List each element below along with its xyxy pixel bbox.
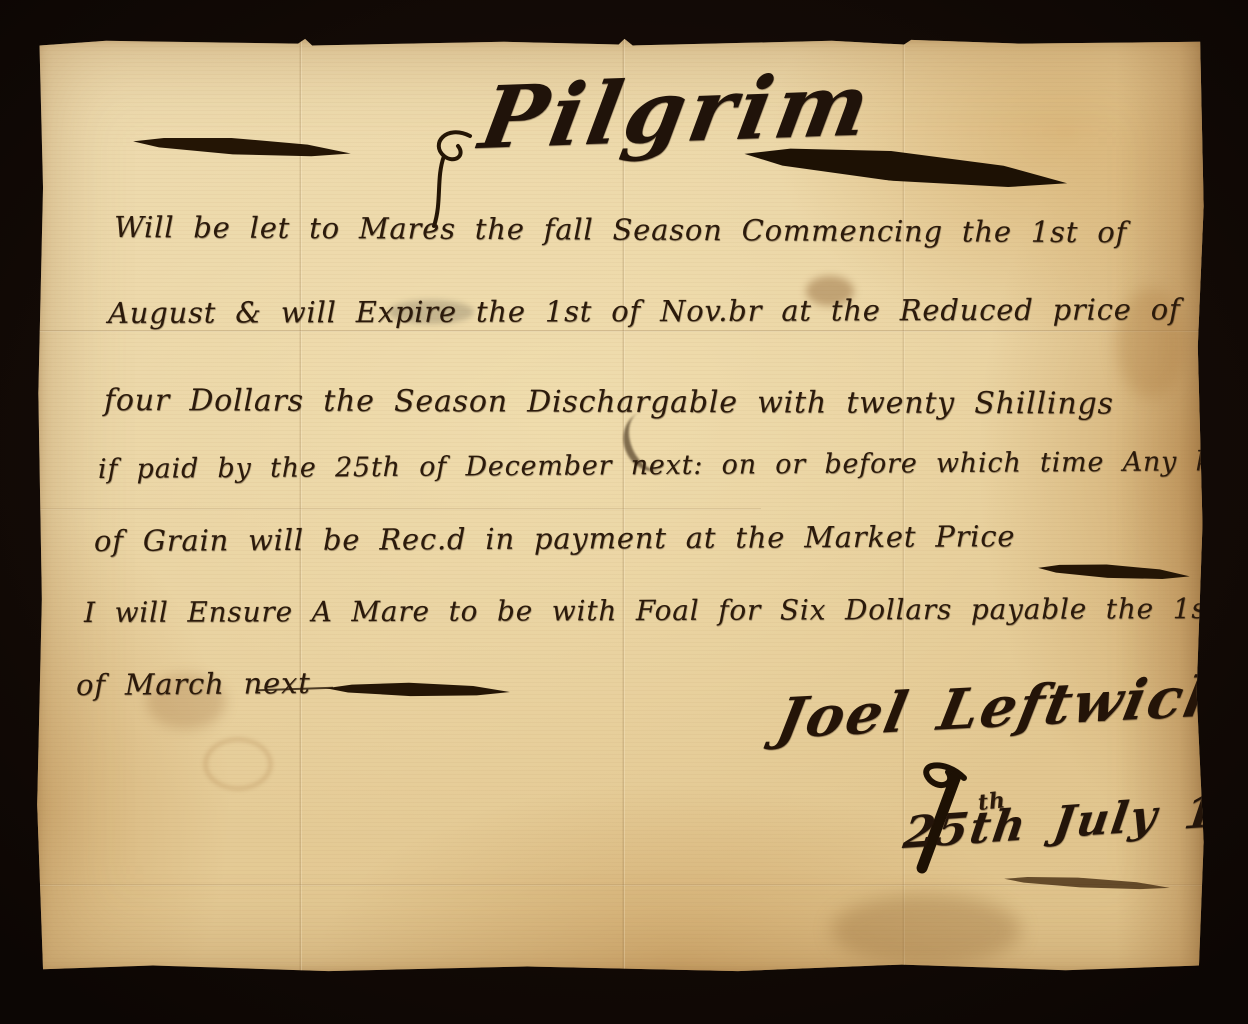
fold-crease-horizontal-upper xyxy=(36,330,1206,332)
title-left-ink-dash xyxy=(133,129,352,162)
fold-crease-horizontal-lower xyxy=(36,884,1206,886)
body-line-2: August & will Expire the 1st of Nov.br a… xyxy=(108,292,1181,330)
body-line-1: Will be let to Mares the fall Season Com… xyxy=(114,210,1127,249)
ring-stain xyxy=(204,738,272,790)
body-line-7: of March next xyxy=(76,666,311,702)
fold-crease-vertical-center xyxy=(622,38,625,973)
body-line-4: if paid by the 25th of December next: on… xyxy=(98,446,1248,485)
fold-crease-vertical-left xyxy=(299,38,302,973)
body-line-5: of Grain will be Rec.d in payment at the… xyxy=(94,519,1016,558)
document-title: Pilgrim xyxy=(473,55,881,169)
manuscript-paper: Pilgrim Will be let to Mares the fall Se… xyxy=(36,38,1206,973)
bottom-stain xyxy=(831,894,1021,966)
body-line-3: four Dollars the Season Dischargable wit… xyxy=(104,383,1114,422)
body-line-6: I will Ensure A Mare to be with Foal for… xyxy=(84,592,1219,629)
march-next-ink-dash xyxy=(326,678,510,699)
fold-crease-horizontal-middle xyxy=(36,508,761,510)
